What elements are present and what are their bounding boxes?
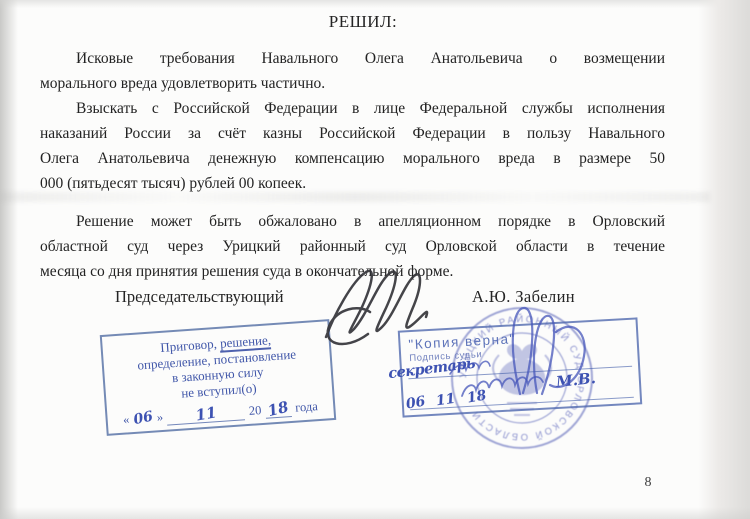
handwritten-copy-year: 18 (466, 387, 488, 406)
scan-edge-top (0, 0, 750, 8)
handwritten-copy-day: 06 (405, 393, 427, 412)
scan-edge-left (0, 0, 18, 519)
text-line: Взыскать с Российской Федерации в лице Ф… (40, 96, 665, 121)
handwritten-copy-month: 11 (435, 391, 457, 410)
text-line: морального вреда удовлетворить частично. (40, 71, 665, 96)
handwritten-year: 18 (267, 400, 291, 420)
scan-edge-right (698, 0, 750, 519)
text-line: 000 (пятьдесят тысяч) рублей 00 копеек. (40, 171, 665, 196)
paragraph-award: Взыскать с Российской Федерации в лице Ф… (40, 96, 665, 196)
year-suffix: года (295, 399, 319, 416)
text-line: месяца со дня принятия решения суда в ок… (40, 259, 665, 284)
quote-close: » (156, 410, 163, 426)
paragraph-claims: Исковые требования Навального Олега Анат… (40, 46, 665, 96)
handwritten-month: 11 (195, 405, 218, 424)
year-century: 20 (248, 403, 262, 419)
year-blank-line: 18 (265, 399, 292, 418)
text-line: Решение может быть обжаловано в апелляци… (40, 209, 665, 234)
paragraph-appeal: Решение может быть обжаловано в апелляци… (40, 209, 665, 284)
handwritten-day: 06 (132, 409, 154, 428)
month-blank-line: 11 (166, 402, 245, 425)
page-number: 8 (638, 475, 658, 491)
validity-stamp: Приговор, решение, определение, постанов… (100, 319, 336, 436)
scanned-court-decision-page: РЕШИЛ: Исковые требования Навального Оле… (0, 0, 750, 519)
scan-edge-bottom (0, 507, 750, 519)
decision-heading: РЕШИЛ: (0, 12, 726, 32)
text-line: наказаний России за счёт казны Российско… (40, 121, 665, 146)
signature-role-label: Председательствующий (115, 287, 284, 307)
text-line: областной суд через Урицкий районный суд… (40, 234, 665, 259)
quote-open: « (123, 412, 130, 428)
text-line: Олега Анатольевича денежную компенсацию … (40, 146, 665, 171)
text-line: Исковые требования Навального Олега Анат… (40, 46, 665, 71)
